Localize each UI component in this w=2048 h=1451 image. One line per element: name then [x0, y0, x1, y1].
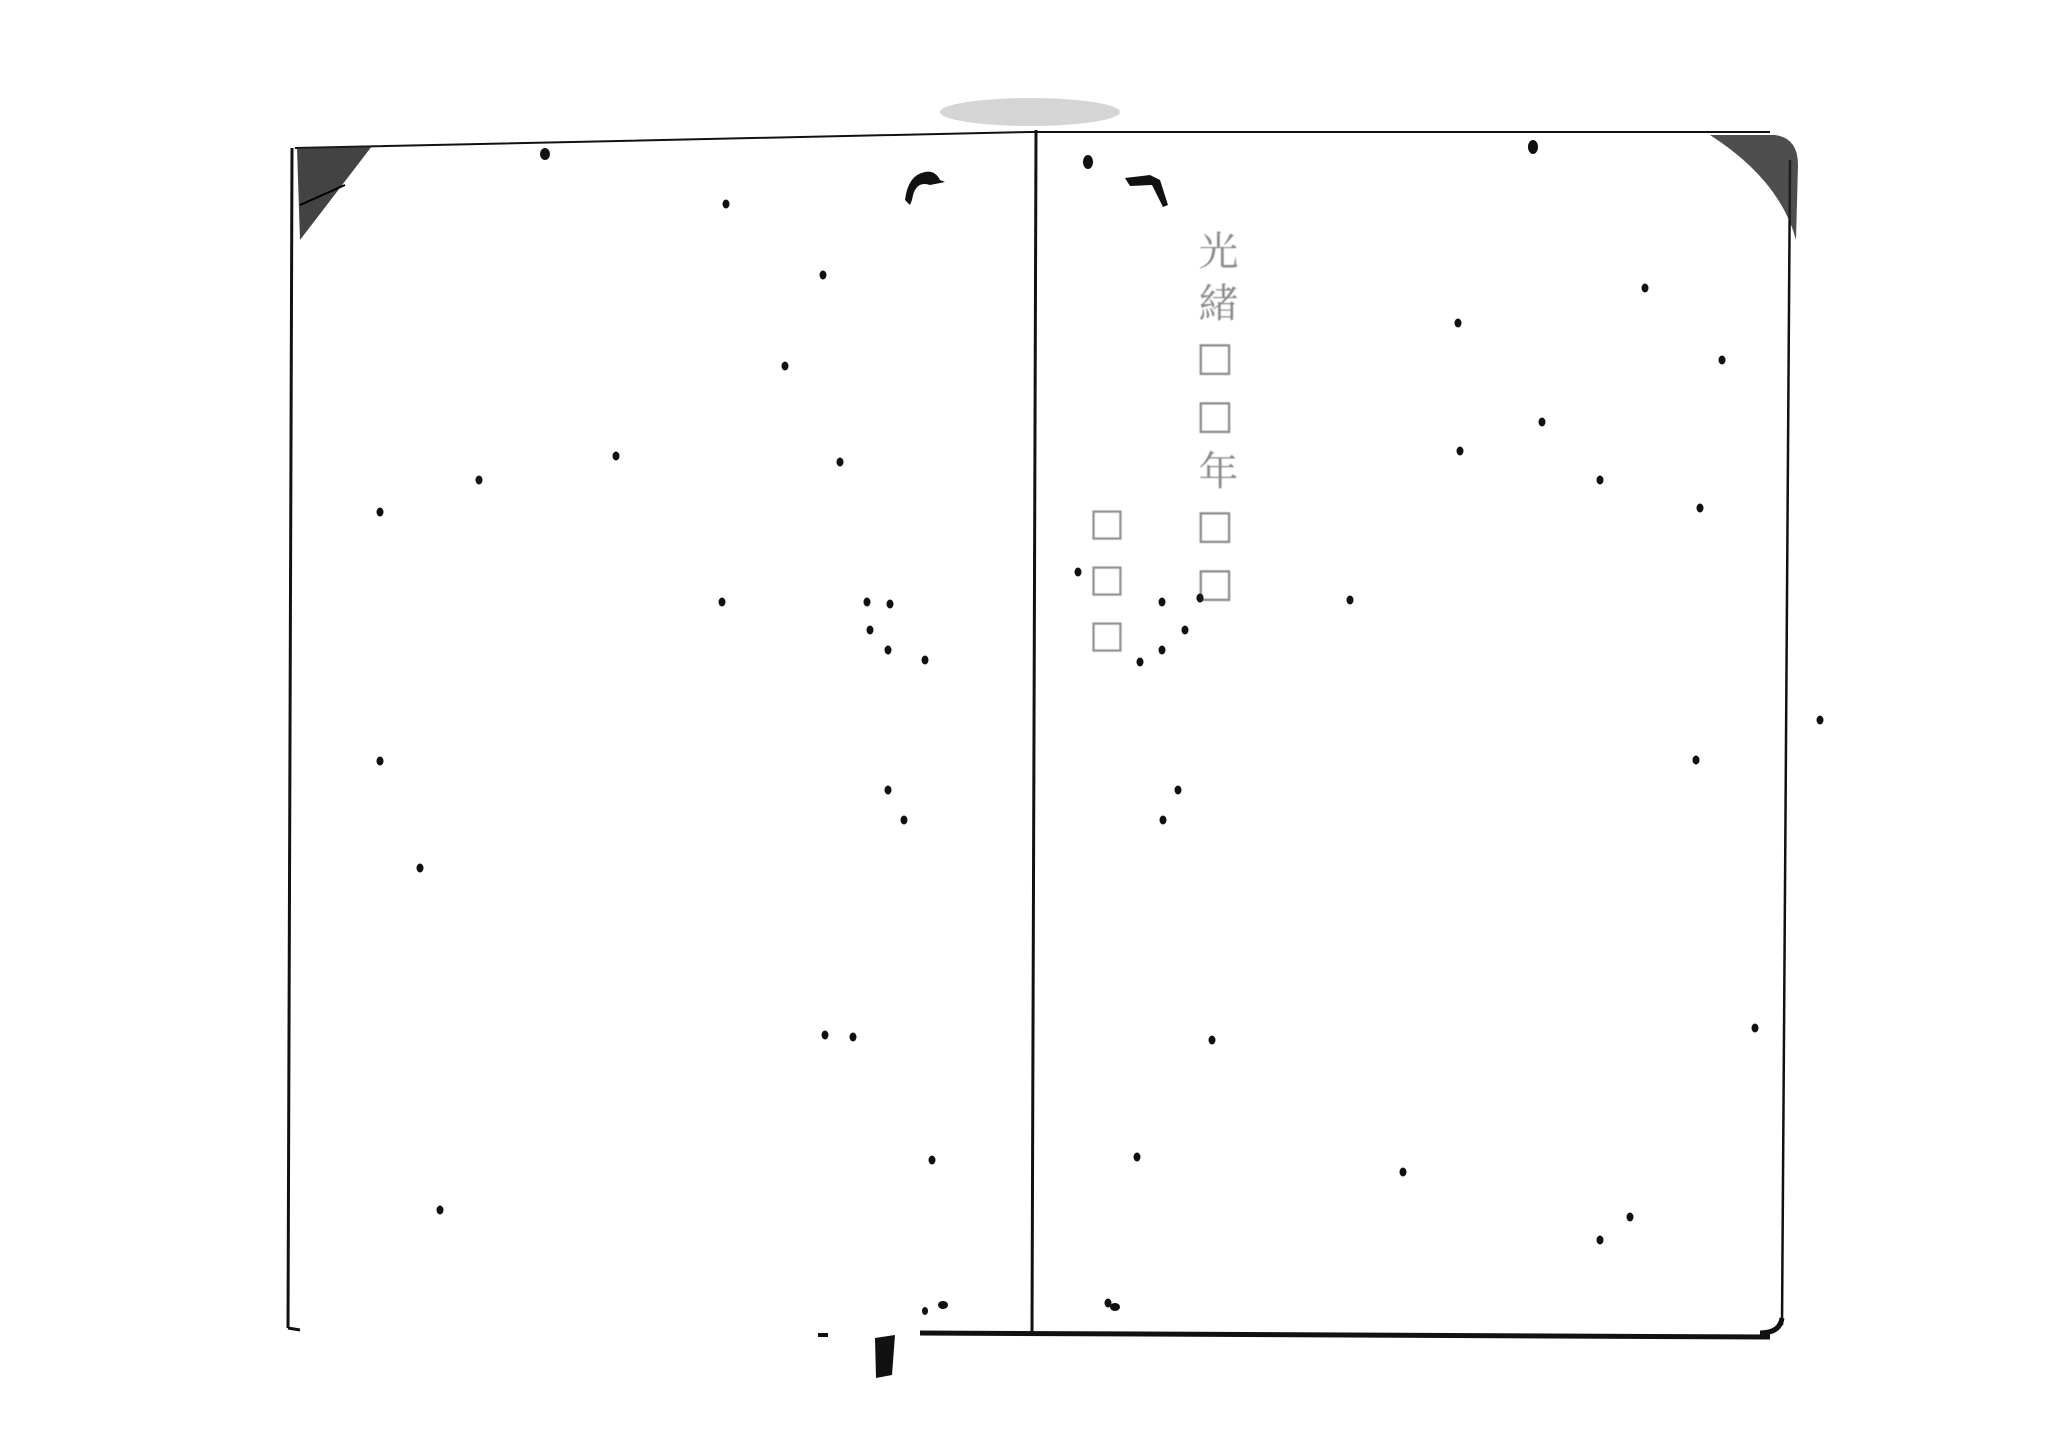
- corner-fold-top-left: [297, 146, 372, 240]
- binding-marks: [540, 140, 1538, 207]
- corner-bottom-right: [1760, 1318, 1782, 1333]
- handwritten-inscription-main: 光緒□□年□□: [1195, 230, 1235, 618]
- bottom-binding-marks: [818, 1301, 1120, 1378]
- book-outline: [288, 130, 1790, 1337]
- paper-specks: [377, 200, 1824, 1308]
- scanned-book-spread: [0, 0, 2048, 1451]
- spine-top-shadow: [940, 98, 1120, 126]
- handwritten-inscription-side: □□□: [1088, 500, 1126, 668]
- corner-shadow-top-right: [1710, 135, 1798, 240]
